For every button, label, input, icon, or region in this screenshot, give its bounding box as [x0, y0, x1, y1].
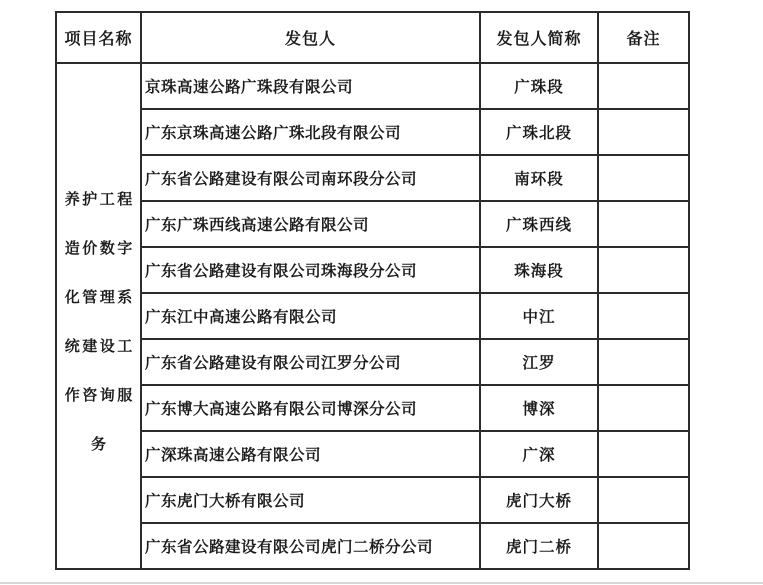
abbr-cell: 博深: [480, 385, 598, 431]
abbr-cell: 广珠西线: [480, 201, 598, 247]
project-name-line: 统建设工: [62, 339, 135, 355]
header-contractor: 发包人: [141, 12, 480, 63]
remark-cell: [598, 293, 689, 339]
remark-cell: [598, 109, 689, 155]
abbr-cell: 广珠北段: [480, 109, 598, 155]
abbr-cell: 虎门大桥: [480, 477, 598, 523]
table-row: 养护工程 造价数字 化管理系 统建设工 作咨询服 务 京珠高速公路广珠段有限公司…: [56, 63, 689, 109]
header-project-name: 项目名称: [56, 12, 141, 63]
abbr-cell: 广珠段: [480, 63, 598, 109]
remark-cell: [598, 431, 689, 477]
remark-cell: [598, 523, 689, 569]
abbr-cell: 南环段: [480, 155, 598, 201]
header-remark: 备注: [598, 12, 689, 63]
project-name-text: 养护工程 造价数字 化管理系 统建设工 作咨询服 务: [57, 176, 140, 470]
document-page: 项目名称 发包人 发包人简称 备注 养护工程 造价数字 化管理系 统建设工 作咨…: [0, 0, 763, 585]
header-row: 项目名称 发包人 发包人简称 备注: [56, 12, 689, 63]
contractor-cell: 广东省公路建设有限公司南环段分公司: [141, 155, 480, 201]
page-edge-line: [0, 582, 763, 584]
contractors-table: 项目名称 发包人 发包人简称 备注 养护工程 造价数字 化管理系 统建设工 作咨…: [55, 11, 690, 570]
abbr-cell: 广深: [480, 431, 598, 477]
abbr-cell: 珠海段: [480, 247, 598, 293]
abbr-cell: 江罗: [480, 339, 598, 385]
project-name-line: 养护工程: [62, 192, 135, 208]
remark-cell: [598, 63, 689, 109]
remark-cell: [598, 201, 689, 247]
table-row: 广东省公路建设有限公司虎门二桥分公司 虎门二桥: [56, 523, 689, 569]
project-name-cell: 养护工程 造价数字 化管理系 统建设工 作咨询服 务: [56, 63, 141, 569]
table-row: 广东省公路建设有限公司珠海段分公司 珠海段: [56, 247, 689, 293]
contractor-cell: 广东省公路建设有限公司江罗分公司: [141, 339, 480, 385]
contractor-cell: 广东江中高速公路有限公司: [141, 293, 480, 339]
table-row: 广东省公路建设有限公司江罗分公司 江罗: [56, 339, 689, 385]
contractor-cell: 京珠高速公路广珠段有限公司: [141, 63, 480, 109]
table-row: 广东京珠高速公路广珠北段有限公司 广珠北段: [56, 109, 689, 155]
contractor-cell: 广东博大高速公路有限公司博深分公司: [141, 385, 480, 431]
project-name-line: 作咨询服: [62, 388, 135, 404]
abbr-cell: 虎门二桥: [480, 523, 598, 569]
remark-cell: [598, 477, 689, 523]
remark-cell: [598, 155, 689, 201]
remark-cell: [598, 385, 689, 431]
contractor-cell: 广东省公路建设有限公司珠海段分公司: [141, 247, 480, 293]
table-row: 广东广珠西线高速公路有限公司 广珠西线: [56, 201, 689, 247]
table-row: 广东江中高速公路有限公司 中江: [56, 293, 689, 339]
contractor-cell: 广深珠高速公路有限公司: [141, 431, 480, 477]
abbr-cell: 中江: [480, 293, 598, 339]
header-contractor-abbr: 发包人简称: [480, 12, 598, 63]
contractor-cell: 广东广珠西线高速公路有限公司: [141, 201, 480, 247]
contractor-cell: 广东省公路建设有限公司虎门二桥分公司: [141, 523, 480, 569]
table-row: 广东博大高速公路有限公司博深分公司 博深: [56, 385, 689, 431]
table-row: 广深珠高速公路有限公司 广深: [56, 431, 689, 477]
table-row: 广东虎门大桥有限公司 虎门大桥: [56, 477, 689, 523]
project-name-line: 务: [88, 437, 108, 453]
table-row: 广东省公路建设有限公司南环段分公司 南环段: [56, 155, 689, 201]
contractor-cell: 广东京珠高速公路广珠北段有限公司: [141, 109, 480, 155]
project-name-line: 化管理系: [62, 290, 135, 306]
contractor-cell: 广东虎门大桥有限公司: [141, 477, 480, 523]
project-name-line: 造价数字: [62, 241, 135, 257]
remark-cell: [598, 247, 689, 293]
remark-cell: [598, 339, 689, 385]
